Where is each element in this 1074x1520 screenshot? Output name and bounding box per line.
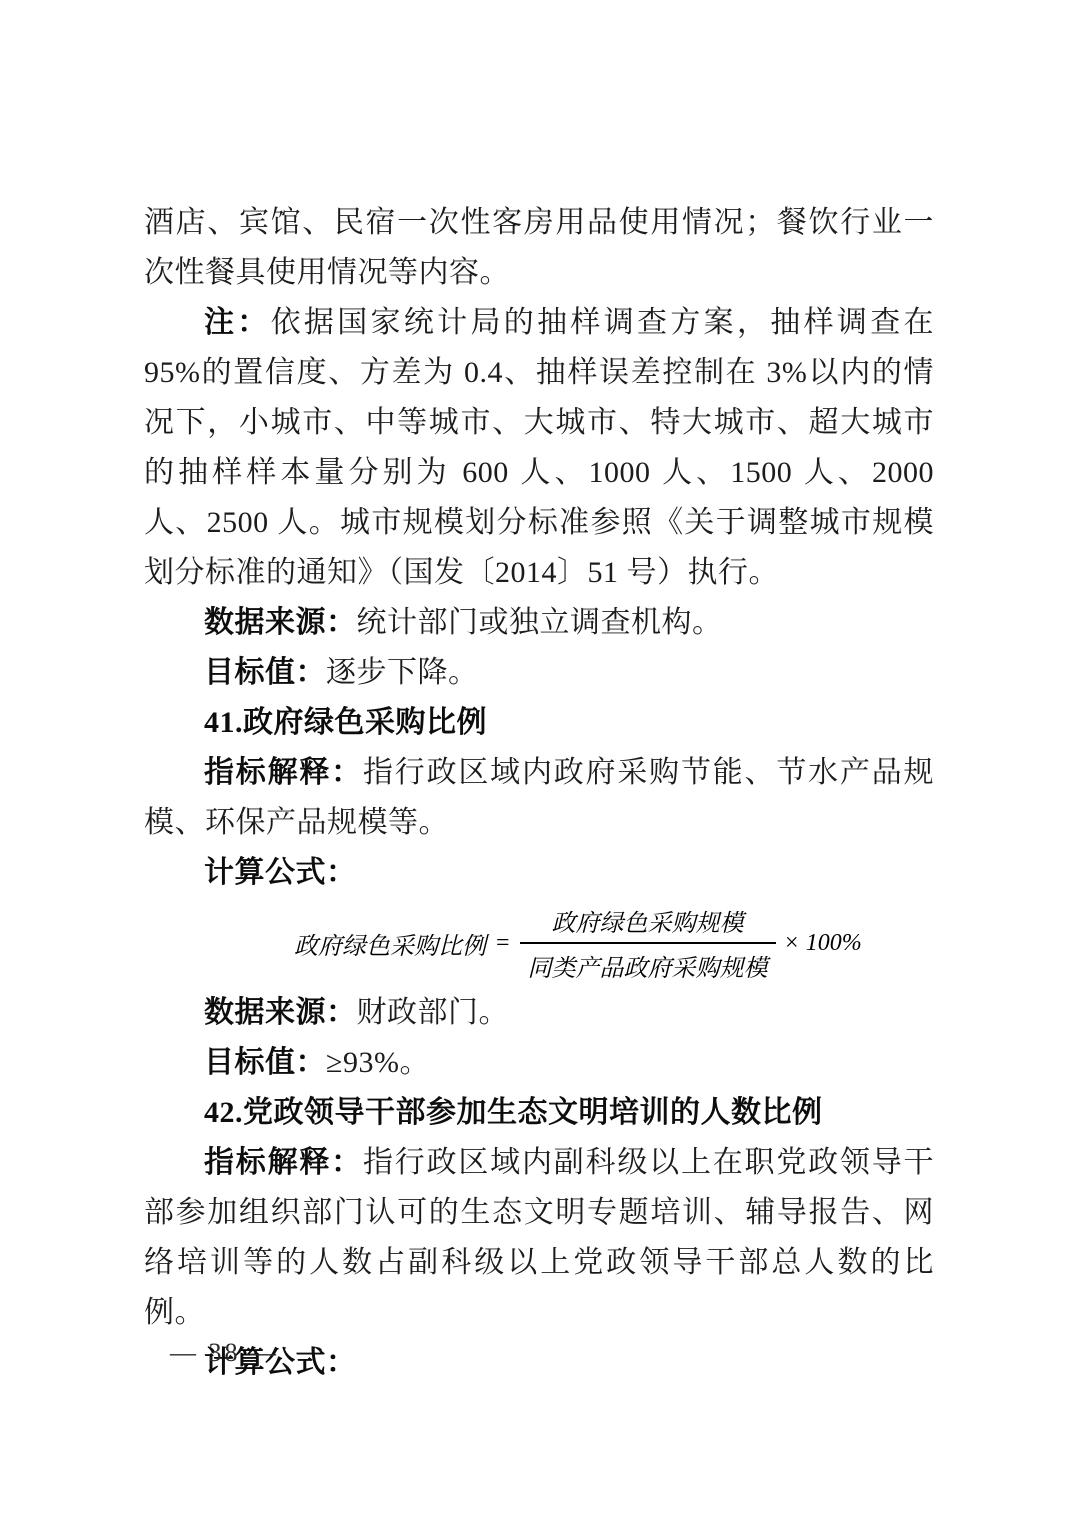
paragraph-note: 注：依据国家统计局的抽样调查方案，抽样调查在 95%的置信度、方差为 0.4、抽… bbox=[144, 298, 934, 598]
document-content: 酒店、宾馆、民宿一次性客房用品使用情况；餐饮行业一次性餐具使用情况等内容。 注：… bbox=[144, 198, 934, 1388]
formula-lhs: 政府绿色采购比例 bbox=[294, 926, 486, 961]
indicator42-explanation: 指标解释：指行政区域内副科级以上在职党政领导干部参加组织部门认可的生态文明专题培… bbox=[144, 1138, 934, 1338]
indicator42-heading: 42.党政领导干部参加生态文明培训的人数比例 bbox=[144, 1088, 934, 1138]
indicator41-formula: 政府绿色采购比例 = 政府绿色采购规模 同类产品政府采购规模 × 100% bbox=[144, 898, 934, 988]
note-label: 注： bbox=[204, 306, 271, 339]
paragraph-disposable-supplies: 酒店、宾馆、民宿一次性客房用品使用情况；餐饮行业一次性餐具使用情况等内容。 bbox=[144, 198, 934, 298]
explanation-label: 指标解释： bbox=[204, 756, 363, 789]
indicator41-heading: 41.政府绿色采购比例 bbox=[144, 698, 934, 748]
formula-fraction: 政府绿色采购规模 同类产品政府采购规模 bbox=[520, 903, 776, 983]
target-value-label: 目标值： bbox=[204, 656, 326, 689]
page-number: — 38 — bbox=[170, 1338, 279, 1368]
indicator41-data-source: 数据来源：财政部门。 bbox=[144, 988, 934, 1038]
indicator41-formula-caption: 计算公式： bbox=[144, 848, 934, 898]
formula-numerator: 政府绿色采购规模 bbox=[520, 903, 776, 944]
indicator42-heading-text: 42.党政领导干部参加生态文明培训的人数比例 bbox=[204, 1096, 823, 1129]
paragraph-disposable-supplies-text: 酒店、宾馆、民宿一次性客房用品使用情况；餐饮行业一次性餐具使用情况等内容。 bbox=[144, 206, 934, 289]
indicator41-target-value: 目标值：≥93%。 bbox=[144, 1038, 934, 1088]
indicator41-explanation: 指标解释：指行政区域内政府采购节能、节水产品规模、环保产品规模等。 bbox=[144, 748, 934, 848]
indicator40-data-source: 数据来源：统计部门或独立调查机构。 bbox=[144, 598, 934, 648]
target-value-text: ≥93%。 bbox=[326, 1046, 430, 1079]
formula-denominator: 同类产品政府采购规模 bbox=[520, 944, 776, 983]
target-value-text: 逐步下降。 bbox=[326, 656, 479, 689]
data-source-text: 财政部门。 bbox=[357, 996, 510, 1029]
formula-multiplier: × 100% bbox=[784, 930, 862, 957]
target-value-label: 目标值： bbox=[204, 1046, 326, 1079]
note-text: 依据国家统计局的抽样调查方案，抽样调查在 95%的置信度、方差为 0.4、抽样误… bbox=[144, 306, 934, 589]
document-page: 酒店、宾馆、民宿一次性客房用品使用情况；餐饮行业一次性餐具使用情况等内容。 注：… bbox=[0, 0, 1074, 1520]
explanation-label: 指标解释： bbox=[204, 1146, 363, 1179]
data-source-label: 数据来源： bbox=[204, 996, 357, 1029]
data-source-text: 统计部门或独立调查机构。 bbox=[357, 606, 723, 639]
formula-caption-label: 计算公式： bbox=[204, 856, 357, 889]
data-source-label: 数据来源： bbox=[204, 606, 357, 639]
formula-equals-sign: = bbox=[496, 930, 510, 957]
indicator41-heading-text: 41.政府绿色采购比例 bbox=[204, 706, 487, 739]
indicator40-target-value: 目标值：逐步下降。 bbox=[144, 648, 934, 698]
